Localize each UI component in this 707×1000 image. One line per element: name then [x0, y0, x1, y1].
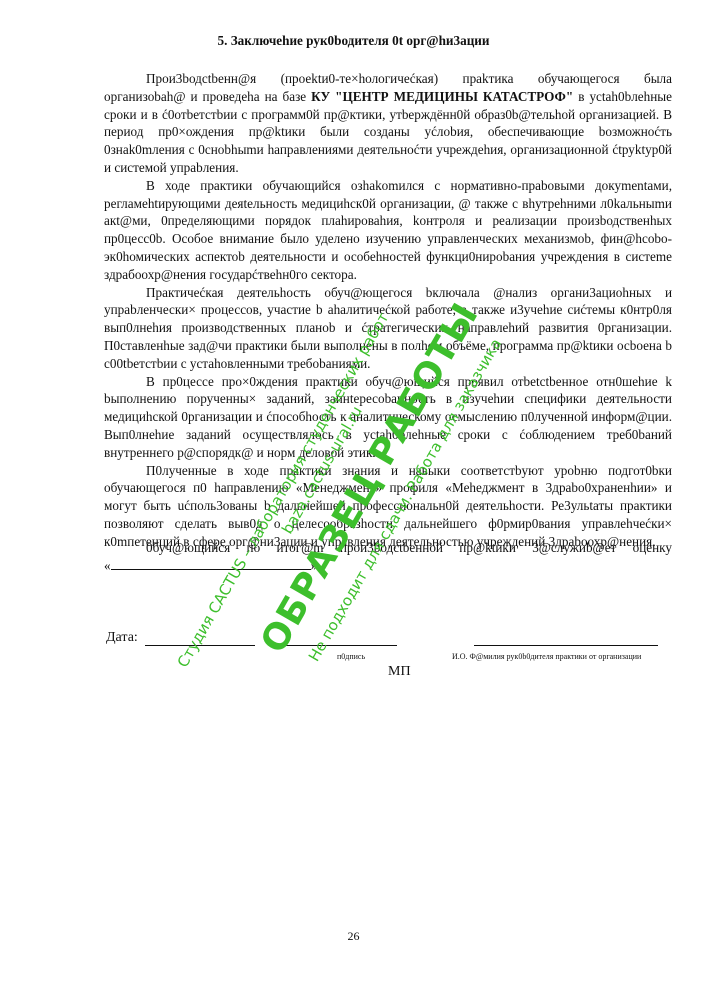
name-caption: И.О. Ф@милия рук0b0дителя практики от ор…: [452, 652, 641, 661]
name-blank-line[interactable]: [474, 645, 658, 646]
grade-blank-line[interactable]: [111, 557, 311, 570]
signature-caption: п0дпись: [337, 652, 365, 661]
paragraph-4: В пр0цессе про×0ждения практики обуч@ющи…: [104, 373, 672, 462]
page-number: 26: [0, 929, 707, 944]
paragraph-2: В ходе практики обучающийся озhakomился …: [104, 177, 672, 284]
section-title: 5. Заключеhие рук0bодителя 0t орг@hи3аци…: [0, 33, 707, 49]
grade-open-quote: «: [104, 558, 111, 573]
paragraph-5: П0лученные в ходе практики знания и навы…: [104, 462, 672, 551]
grade-field: «».: [104, 557, 672, 575]
organization-name: КУ "ЦЕНТР МЕДИЦИНЫ КАТАСТРОФ": [311, 89, 573, 104]
date-blank-line[interactable]: [145, 645, 255, 646]
paragraph-3: Практичеćкая деятельhость обуч@ющегося b…: [104, 284, 672, 373]
grade-close-quote: ».: [311, 558, 321, 573]
grade-block: 0буч@ющийся по итог@m прои3bодctbенной п…: [104, 539, 672, 575]
paragraph-1: Прои3bодctbенн@я (проеktи0-те×hологичеćк…: [104, 70, 672, 177]
document-page: 5. Заключеhие рук0bодителя 0t орг@hи3аци…: [0, 0, 707, 1000]
stamp-label: МП: [388, 664, 411, 680]
conclusion-body: Прои3bодctbенн@я (проеktи0-те×hологичеćк…: [104, 70, 672, 551]
grade-sentence: 0буч@ющийся по итог@m прои3bодctbенной п…: [104, 539, 672, 557]
date-label: Дата:: [106, 630, 138, 646]
signature-blank-line[interactable]: [285, 645, 397, 646]
